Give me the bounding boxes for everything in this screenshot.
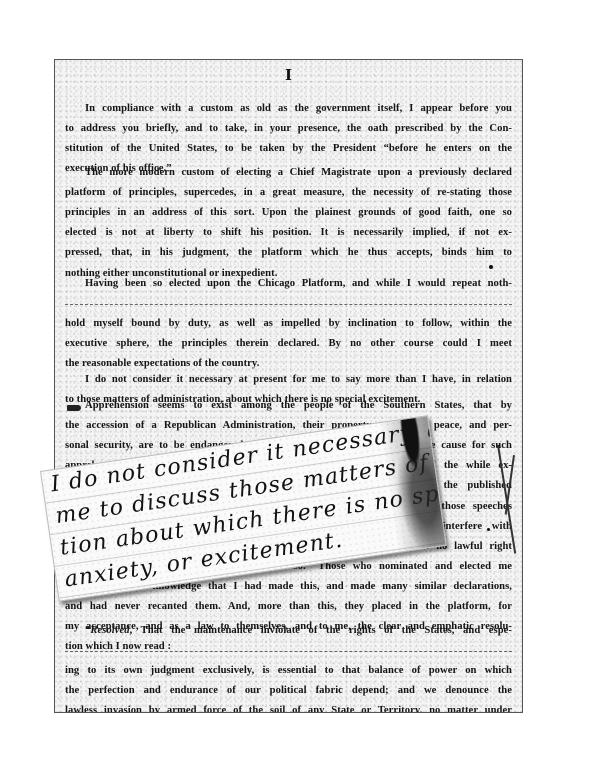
text-line: principles in an address of this sort. U…: [65, 207, 512, 218]
page-number: I: [55, 66, 522, 84]
text-line: I do not consider it necessary at presen…: [85, 374, 512, 385]
text-line: the perfection and endurance of our poli…: [65, 685, 512, 696]
italic-lead: Resolved: [90, 625, 129, 636]
text-line: ing in it, of aspersion or epithet or qu…: [65, 304, 512, 305]
text-line: the reasonable expectations of the count…: [65, 358, 259, 369]
text-line: platform of principles, supercedes, in a…: [65, 187, 512, 198]
text-line: hold myself bound by duty, as well as im…: [65, 318, 512, 329]
text-line: cially the right of each State to order …: [65, 651, 512, 652]
text-line: ing to its own judgment exclusively, is …: [65, 665, 512, 676]
pointing-hand-icon: [67, 405, 81, 411]
text-line: The more modern custom of electing a Chi…: [85, 167, 512, 178]
text-line: nothing either unconstitutional or inexp…: [65, 268, 277, 279]
text-line: “Resolved, That the maintenance inviolat…: [85, 625, 512, 636]
ink-spot: [489, 265, 493, 269]
text-line: Having been so elected upon the Chicago …: [85, 278, 512, 289]
text-line: Apprehension seems to exist among the pe…: [85, 400, 512, 411]
text-line: and had never recanted them. And, more t…: [65, 601, 512, 612]
text-line: executive sphere, the principles therein…: [65, 338, 512, 349]
text-line: In compliance with a custom as old as th…: [85, 103, 512, 114]
text-line: lawless invasion by armed force of the s…: [65, 705, 512, 713]
text-line: pressed, that, in his judgment, the plat…: [65, 247, 512, 258]
document-page: I In compliance with a custom as old as …: [54, 59, 523, 713]
text-line: the accession of a Republican Administra…: [65, 420, 512, 431]
text-line: stitution of the United States, to be ta…: [65, 143, 512, 154]
text-line: to address you briefly, and to take, in …: [65, 123, 512, 134]
ink-spot: [487, 528, 490, 531]
text-line: elected is not at liberty to shift his p…: [65, 227, 512, 238]
